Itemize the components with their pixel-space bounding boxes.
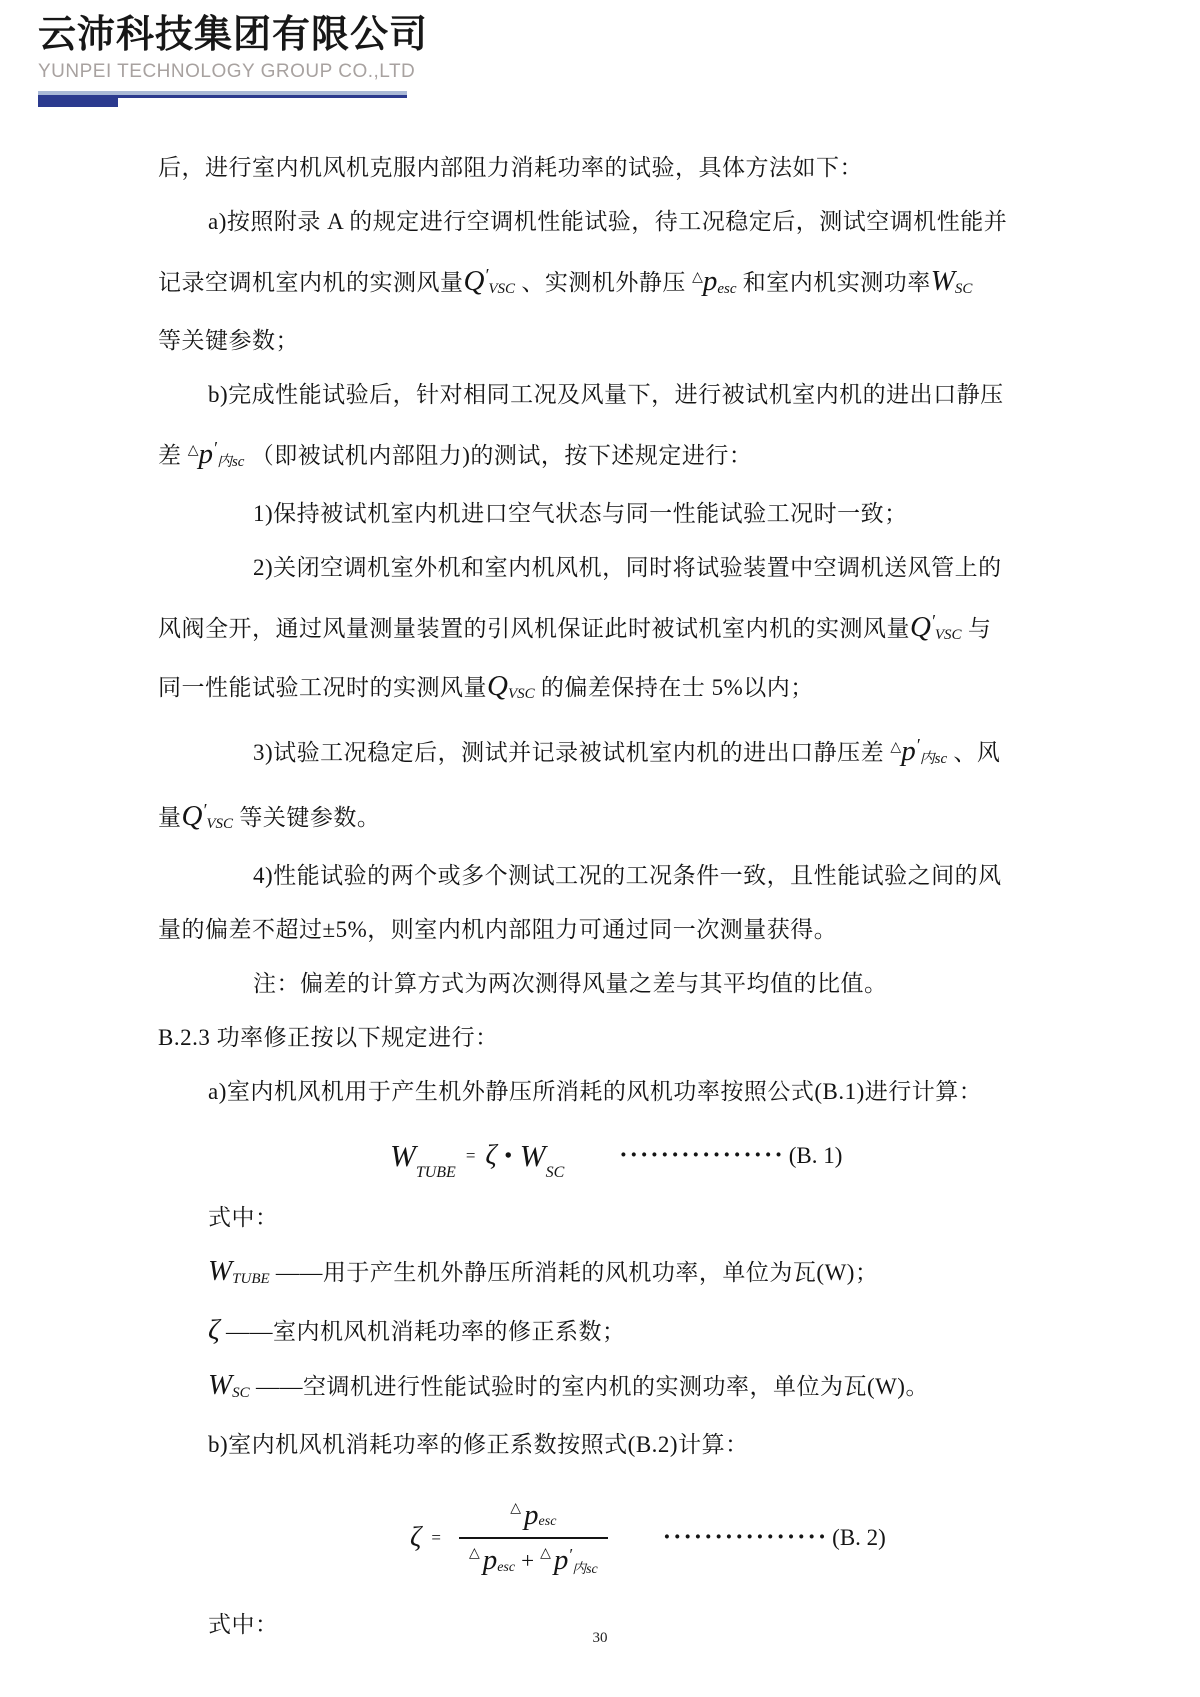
text-segment: 、实测机外静压 [515,270,692,295]
text-segment: 后，进行室内机风机克服内部阻力消耗功率的试验，具体方法如下： [158,155,863,180]
text-segment: a)按照附录 A 的规定进行空调机性能试验，待工况稳定后，测试空调机性能并 [208,209,1007,234]
text-segment: △ [692,270,703,285]
text-segment: W [931,265,955,297]
sub-esc: esc [497,1560,515,1576]
text-segment: Q [910,611,931,643]
multiply-dot: • [505,1145,512,1168]
text-segment: a)室内机风机用于产生机外静压所消耗的风机功率按照公式(B.1)进行计算： [208,1079,982,1104]
formula-b2-zeta: ζ [410,1522,421,1554]
equals-sign: = [466,1146,476,1166]
text-segment: 的偏差保持在士 5%以内； [535,675,814,700]
text-segment: VSC [935,627,962,643]
text-segment: 内sc [920,751,948,767]
text-line: 4)性能试验的两个或多个测试工况的工况条件一致，且性能试验之间的风 [253,850,1088,904]
text-segment: 等关键参数。 [233,805,380,830]
fraction: △pesc △pesc + △p′内sc [459,1499,608,1578]
fraction-numerator: △pesc [494,1499,572,1537]
text-line: a)按照附录 A 的规定进行空调机性能试验，待工况稳定后，测试空调机性能并 [208,196,1088,250]
text-part-2: 式中：WTUBE ——用于产生机外静压所消耗的风机功率，单位为瓦(W)；ζ ——… [158,1192,1088,1473]
text-line: WTUBE ——用于产生机外静压所消耗的风机功率，单位为瓦(W)； [208,1246,1088,1305]
text-line: 量Q′VSC 等关键参数。 [158,785,1088,850]
text-line: B.2.3 功率修正按以下规定进行： [158,1012,1088,1066]
text-segment: 和室内机实测功率 [737,270,931,295]
text-segment: 同一性能试验工况时的实测风量 [158,675,487,700]
text-line: 3)试验工况稳定后，测试并记录被试机室内机的进出口静压差 △p′内sc 、风 [253,720,1088,785]
var-p: p [524,1499,539,1532]
text-segment: esc [717,281,736,297]
text-line: 后，进行室内机风机克服内部阻力消耗功率的试验，具体方法如下： [158,142,1088,196]
text-segment: p [199,438,214,470]
text-segment: 注：偏差的计算方式为两次测得风量之差与其平均值的比值。 [253,971,888,996]
text-segment: 与 [962,616,992,641]
dot-leader: ················ [663,1524,828,1552]
text-segment: 内sc [217,454,245,470]
text-line: 风阀全开，通过风量测量装置的引风机保证此时被试机室内机的实测风量Q′VSC 与 [158,596,1088,661]
delta-icon: △ [540,1545,551,1562]
sub-neisc: 内sc [572,1558,598,1578]
text-segment: b)室内机风机消耗功率的修正系数按照式(B.2)计算： [208,1432,749,1457]
formula-b1: WTUBE = ζ • WSC ················ (B. 1) [390,1124,1088,1188]
document-page: 云沛科技集团有限公司 YUNPEI TECHNOLOGY GROUP CO.,L… [0,0,1200,1697]
formula-b1-sub-tube: TUBE [416,1164,456,1182]
header-rule [38,91,407,107]
text-segment: SC [955,281,973,297]
text-line: ζ ——室内机风机消耗功率的修正系数； [208,1305,1088,1360]
text-segment: 1)保持被试机室内机进口空气状态与同一性能试验工况时一致； [253,501,908,526]
text-segment: 4)性能试验的两个或多个测试工况的工况条件一致，且性能试验之间的风 [253,863,1002,888]
text-segment: ——用于产生机外静压所消耗的风机功率，单位为瓦(W)； [270,1260,879,1285]
document-body: 后，进行室内机风机克服内部阻力消耗功率的试验，具体方法如下：a)按照附录 A 的… [158,142,1088,1653]
text-segment: 3)试验工况稳定后，测试并记录被试机室内机的进出口静压差 [253,740,890,765]
text-segment: ——室内机风机消耗功率的修正系数； [220,1319,626,1344]
text-line: b)室内机风机消耗功率的修正系数按照式(B.2)计算： [208,1419,1088,1473]
text-segment: B.2.3 功率修正按以下规定进行： [158,1025,499,1050]
delta-icon: △ [469,1545,480,1562]
var-p: p [554,1544,569,1577]
text-line: 注：偏差的计算方式为两次测得风量之差与其平均值的比值。 [253,958,1088,1012]
page-number: 30 [0,1630,1200,1647]
text-segment: b)完成性能试验后，针对相同工况及风量下，进行被试机室内机的进出口静压 [208,382,1004,407]
text-segment: 式中： [208,1205,279,1230]
text-segment: 、风 [947,740,1000,765]
text-line: a)室内机风机用于产生机外静压所消耗的风机功率按照公式(B.1)进行计算： [208,1066,1088,1120]
text-segment: △ [188,443,199,458]
plus-sign: + [521,1548,534,1574]
text-segment: 2)关闭空调机室外机和室内机风机，同时将试验装置中空调机送风管上的 [253,555,1002,580]
header-rule-block [38,98,118,107]
text-segment: 差 [158,443,188,468]
text-segment: p [901,735,916,767]
formula-b1-w-tube: W [390,1138,416,1174]
formula-b2: ζ = △pesc △pesc + △p′内sc ···············… [410,1479,1088,1597]
text-segment: VSC [488,281,515,297]
text-segment: W [208,1255,232,1287]
sub-esc: esc [539,1514,557,1530]
text-line: WSC ——空调机进行性能试验时的室内机的实测功率，单位为瓦(W)。 [208,1360,1088,1419]
text-line: 2)关闭空调机室外机和室内机风机，同时将试验装置中空调机送风管上的 [253,542,1088,596]
text-segment: 量 [158,805,182,830]
text-line: 同一性能试验工况时的实测风量QVSC 的偏差保持在士 5%以内； [158,661,1088,720]
formula-b1-w-sc: W [520,1138,546,1174]
text-segment: TUBE [232,1271,270,1287]
letterhead: 云沛科技集团有限公司 YUNPEI TECHNOLOGY GROUP CO.,L… [38,12,408,107]
text-segment: W [208,1369,232,1401]
text-segment: p [703,265,718,297]
company-name-cn: 云沛科技集团有限公司 [38,12,408,58]
company-name-en: YUNPEI TECHNOLOGY GROUP CO.,LTD [38,60,408,84]
text-line: 式中： [208,1192,1088,1246]
var-p: p [483,1544,498,1577]
text-segment: Q [464,265,485,297]
text-part-1: 后，进行室内机风机克服内部阻力消耗功率的试验，具体方法如下：a)按照附录 A 的… [158,142,1088,1120]
formula-b1-zeta: ζ [485,1140,496,1172]
formula-b1-label: (B. 1) [789,1143,843,1169]
formula-b1-sub-sc: SC [546,1164,565,1182]
text-line: 1)保持被试机室内机进口空气状态与同一性能试验工况时一致； [253,488,1088,542]
text-segment: Q [182,800,203,832]
text-segment: 量的偏差不超过±5%，则室内机内部阻力可通过同一次测量获得。 [158,917,837,942]
text-line: 等关键参数； [158,315,1088,369]
text-line: b)完成性能试验后，针对相同工况及风量下，进行被试机室内机的进出口静压 [208,369,1088,423]
text-segment: VSC [508,686,535,702]
text-segment: SC [232,1385,250,1401]
dot-leader: ················ [619,1142,784,1170]
text-line: 量的偏差不超过±5%，则室内机内部阻力可通过同一次测量获得。 [158,904,1088,958]
text-segment: ζ [208,1314,220,1346]
text-segment: 等关键参数； [158,328,299,353]
equals-sign: = [431,1528,441,1548]
text-segment: （即被试机内部阻力)的测试，按下述规定进行： [244,443,752,468]
formula-b2-label: (B. 2) [832,1525,886,1551]
text-segment: Q [487,670,508,702]
text-segment: 记录空调机室内机的实测风量 [158,270,464,295]
delta-icon: △ [510,1500,521,1517]
text-segment: 风阀全开，通过风量测量装置的引风机保证此时被试机室内机的实测风量 [158,616,910,641]
text-line: 记录空调机室内机的实测风量Q′VSC 、实测机外静压 △pesc 和室内机实测功… [158,250,1088,315]
fraction-denominator: △pesc + △p′内sc [459,1537,608,1578]
text-line: 差 △p′内sc （即被试机内部阻力)的测试，按下述规定进行： [158,423,1088,488]
text-segment: △ [890,740,901,755]
text-segment: VSC [206,816,233,832]
text-segment: ——空调机进行性能试验时的室内机的实测功率，单位为瓦(W)。 [250,1374,929,1399]
